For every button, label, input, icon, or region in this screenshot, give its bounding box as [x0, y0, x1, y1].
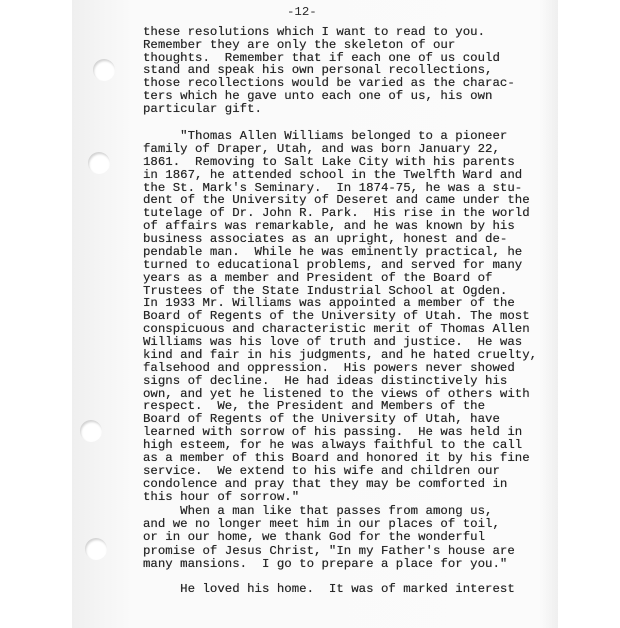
text-line: signs of decline. He had ideas distincti…	[143, 375, 563, 388]
text-line: these resolutions which I want to read t…	[143, 26, 563, 39]
text-line: pendable man. While he was eminently pra…	[143, 246, 563, 259]
punch-hole	[85, 538, 107, 560]
text-line: "Thomas Allen Williams belonged to a pio…	[143, 130, 563, 143]
text-line: or in our home, we thank God for the won…	[143, 531, 563, 544]
text-line: promise of Jesus Christ, "In my Father's…	[143, 545, 563, 558]
text-line: condolence and pray that they may be com…	[143, 478, 563, 491]
text-line: He loved his home. It was of marked inte…	[143, 583, 563, 596]
punch-hole	[88, 152, 110, 174]
text-line: in 1867, he attended school in the Twelf…	[143, 169, 563, 182]
text-line: turned to educational problems, and serv…	[143, 259, 563, 272]
text-line: this hour of sorrow."	[143, 491, 563, 504]
paragraph-scripture: When a man like that passes from among u…	[143, 505, 563, 571]
text-line: family of Draper, Utah, and was born Jan…	[143, 143, 563, 156]
text-line: high esteem, for he was always faithful …	[143, 439, 563, 452]
page-number: -12-	[287, 5, 317, 19]
text-line: falsehood and oppression. His powers nev…	[143, 362, 563, 375]
text-line: many mansions. I go to prepare a place f…	[143, 558, 563, 571]
text-line: kind and fair in his judgments, and he h…	[143, 349, 563, 362]
text-line: as a member of this Board and honored it…	[143, 452, 563, 465]
text-line: Williams was his love of truth and justi…	[143, 336, 563, 349]
paragraph-resolutions-intro: these resolutions which I want to read t…	[143, 26, 563, 116]
paragraph-resolution-quote: "Thomas Allen Williams belonged to a pio…	[143, 130, 563, 503]
text-line: Remember they are only the skeleton of o…	[143, 39, 563, 52]
text-line: service. We extend to his wife and child…	[143, 465, 563, 478]
punch-hole	[93, 59, 115, 81]
text-line: ters which he gave unto each one of us, …	[143, 90, 563, 103]
text-line: years as a member and President of the B…	[143, 272, 563, 285]
text-line: particular gift.	[143, 103, 563, 116]
text-line: business associates as an upright, hones…	[143, 233, 563, 246]
text-line: 1861. Removing to Salt Lake City with hi…	[143, 156, 563, 169]
paragraph-home: He loved his home. It was of marked inte…	[143, 583, 563, 596]
punch-hole	[80, 420, 102, 442]
